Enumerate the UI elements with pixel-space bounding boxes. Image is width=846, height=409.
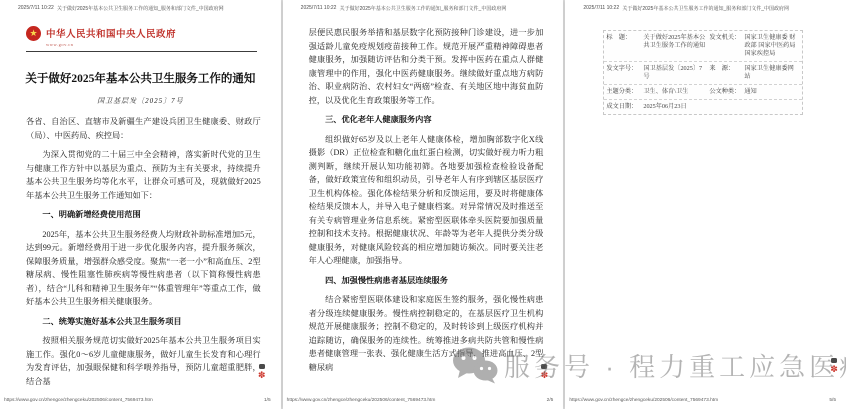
meta-label-issuing-org: 发文机关： — [707, 31, 742, 61]
section-heading-1: 一、明确新增经费使用范围 — [26, 208, 261, 222]
page-number: 2/5 — [547, 398, 554, 403]
print-footer: https://www.gov.cn/zhengce/zhengceku/202… — [287, 398, 554, 403]
page-2: 2025/7/11 10:22 关于做好2025年基本公共卫生服务工作的通知_服… — [283, 0, 564, 409]
footer-url: https://www.gov.cn/zhengce/zhengceku/202… — [569, 398, 718, 403]
document-title: 关于做好2025年基本公共卫生服务工作的通知 — [14, 70, 267, 86]
print-date: 2025/7/11 10:22 — [301, 5, 337, 11]
print-date: 2025/7/11 10:22 — [583, 5, 619, 11]
wow-flower-icon: ✽ — [538, 372, 550, 381]
table-row: 标 题： 关于做好2025年基本公共卫生服务工作的通知 发文机关： 国家卫生健康… — [604, 31, 802, 61]
wow-flower-icon: ✽ — [256, 372, 268, 381]
meta-label-title: 标 题： — [604, 31, 641, 61]
wow-flower-icon: ✽ — [828, 366, 840, 375]
section-heading-3: 三、优化老年人健康服务内容 — [309, 113, 544, 127]
meta-label-date: 成文日期： — [604, 100, 641, 114]
document-number: 国卫基层发〔2025〕7号 — [0, 96, 281, 106]
section-heading-2: 二、统筹实施好基本公共卫生服务项目 — [26, 315, 261, 329]
metadata-table: 标 题： 关于做好2025年基本公共卫生服务工作的通知 发文机关： 国家卫生健康… — [603, 30, 803, 115]
print-footer: https://www.gov.cn/zhengce/zhengceku/202… — [4, 398, 271, 403]
table-row: 成文日期： 2025年06月23日 — [604, 99, 802, 114]
meta-label-doc-number: 发文字号： — [604, 62, 641, 84]
gov-masthead: ★ 中华人民共和国中央人民政府 www.gov.cn — [26, 26, 176, 47]
site-name: 中华人民共和国中央人民政府 — [46, 26, 176, 40]
meta-value-category: 卫生、体育\卫生 — [641, 85, 707, 99]
table-row: 发文字号： 国卫基层发〔2025〕7号 来 源： 国家卫生健康委网站 — [604, 61, 802, 84]
thumbs-up-icon — [259, 364, 265, 369]
meta-value-doc-number: 国卫基层发〔2025〕7号 — [641, 62, 707, 84]
print-header: 2025/7/11 10:22 关于做好2025年基本公共卫生服务工作的通知_服… — [0, 5, 281, 13]
print-header: 2025/7/11 10:22 关于做好2025年基本公共卫生服务工作的通知_服… — [283, 5, 564, 13]
meta-value-doc-type: 通知 — [742, 85, 800, 99]
page-number: 5/5 — [829, 398, 836, 403]
footer-url: https://www.gov.cn/zhengce/zhengceku/202… — [287, 398, 436, 403]
print-title: 关于做好2025年基本公共卫生服务工作的通知_服务和部门文件_中国政府网 — [340, 5, 507, 12]
meta-label-doc-type: 公文种类： — [707, 85, 742, 99]
site-url: www.gov.cn — [46, 42, 176, 47]
meta-value-date: 2025年06月23日 — [641, 100, 707, 114]
meta-label-category: 主题分类： — [604, 85, 641, 99]
print-header: 2025/7/11 10:22 关于做好2025年基本公共卫生服务工作的通知_服… — [565, 5, 846, 13]
masthead-divider — [26, 51, 257, 52]
paragraph: 为深入贯彻党的二十届三中全会精神，落实新时代党的卫生与健康工作方针中以基层为重点… — [26, 148, 261, 202]
reaction-stamp: ✽ — [538, 364, 550, 381]
reaction-stamp: ✽ — [828, 358, 840, 375]
paragraph: 组织做好65岁及以上老年人健康体检，增加胸部数字化X线摄影（DR）正位检查和糖化… — [309, 133, 544, 268]
meta-value-issuing-org: 国家卫生健康委 财政部 国家中医药局 国家疾控局 — [742, 31, 800, 61]
reaction-stamp: ✽ — [256, 364, 268, 381]
paragraph: 按照相关服务规范切实做好2025年基本公共卫生服务项目实施工作。强化0～6岁儿童… — [26, 334, 261, 388]
page2-body: 层便民惠民服务举措和基层数字化预防接种门诊建设，进一步加强适龄儿童免疫规划疫苗接… — [309, 26, 544, 374]
page-3: 2025/7/11 10:22 关于做好2025年基本公共卫生服务工作的通知_服… — [565, 0, 846, 409]
meta-label-source: 来 源： — [707, 62, 742, 84]
meta-value-source: 国家卫生健康委网站 — [742, 62, 800, 84]
salutation: 各省、自治区、直辖市及新疆生产建设兵团卫生健康委、财政厅（局）、中医药局、疾控局… — [26, 115, 261, 142]
table-row: 主题分类： 卫生、体育\卫生 公文种类： 通知 — [604, 84, 802, 99]
national-emblem-icon: ★ — [26, 26, 41, 41]
paragraph: 2025年，基本公共卫生服务经费人均财政补助标准增加5元，达到99元。新增经费用… — [26, 228, 261, 309]
pdf-print-preview: 2025/7/11 10:22 关于做好2025年基本公共卫生服务工作的通知_服… — [0, 0, 846, 409]
paragraph-continued: 层便民惠民服务举措和基层数字化预防接种门诊建设，进一步加强适龄儿童免疫规划疫苗接… — [309, 26, 544, 107]
page-number: 1/5 — [264, 398, 271, 403]
print-title: 关于做好2025年基本公共卫生服务工作的通知_服务和部门文件_中国政府网 — [57, 5, 224, 12]
thumbs-up-icon — [831, 358, 837, 363]
print-date: 2025/7/11 10:22 — [18, 5, 54, 11]
thumbs-up-icon — [541, 364, 547, 369]
print-title: 关于做好2025年基本公共卫生服务工作的通知_服务和部门文件_中国政府网 — [622, 5, 789, 12]
print-footer: https://www.gov.cn/zhengce/zhengceku/202… — [569, 398, 836, 403]
meta-value-title: 关于做好2025年基本公共卫生服务工作的通知 — [641, 31, 707, 61]
page1-body: 各省、自治区、直辖市及新疆生产建设兵团卫生健康委、财政厅（局）、中医药局、疾控局… — [26, 115, 261, 388]
paragraph: 结合紧密型医联体建设和家庭医生签约服务，强化慢性病患者分级连续健康服务。慢性病控… — [309, 293, 544, 374]
footer-url: https://www.gov.cn/zhengce/zhengceku/202… — [4, 398, 153, 403]
page-1: 2025/7/11 10:22 关于做好2025年基本公共卫生服务工作的通知_服… — [0, 0, 281, 409]
section-heading-4: 四、加强慢性病患者基层连续服务 — [309, 274, 544, 288]
